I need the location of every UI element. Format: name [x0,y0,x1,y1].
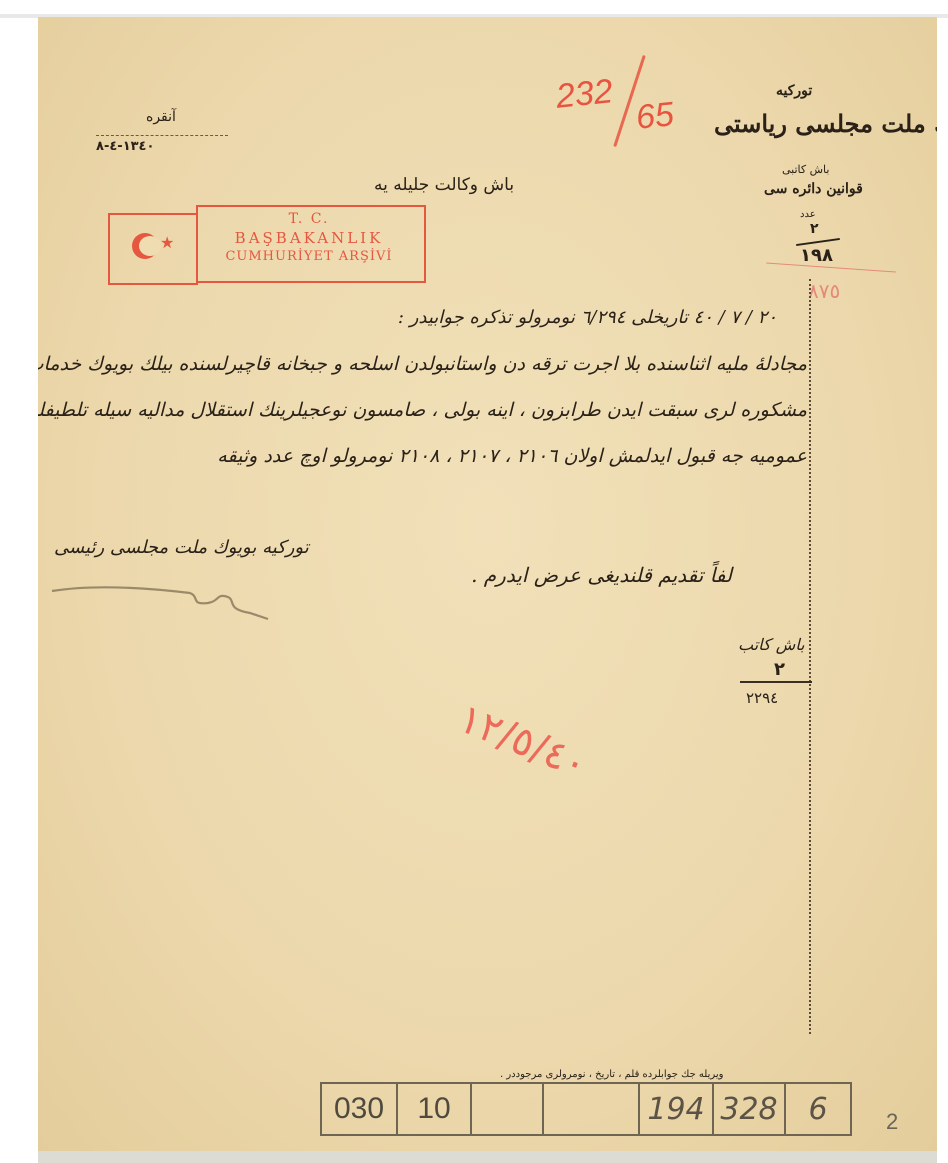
secretary-number: ٢ [774,659,785,680]
filing-cell [544,1084,640,1134]
adad-bottom: ١٩٨ [800,245,833,266]
adad-label: عدد [800,209,816,220]
archive-ref-denominator: 65 [634,95,676,138]
filing-cell: 194 [640,1084,714,1134]
viewer-bottom-shade [38,1151,937,1163]
header-date: ١٣٤٠-٤-٨ [96,139,154,154]
filing-cell: 328 [714,1084,786,1134]
document-page: آنقره ١٣٤٠-٤-٨ 232 65 توركيه بويوك ملت م… [38,17,937,1151]
filing-cell: 030 [322,1084,398,1134]
stamp-line-1: T. C. [196,211,422,227]
place-label: آنقره [146,109,176,125]
filing-cell [472,1084,544,1134]
crescent-cutout [139,236,161,256]
secretary-divider [740,681,812,683]
red-handwritten-date: ١٢/٥/٤٠ [452,696,594,789]
filing-number-box: 030101943286 [320,1082,852,1136]
body-line-2: مشكوره لرى سبقت ايدن طرابزون ، اينه بولى… [38,399,807,421]
stamp-line-2: BAŞBAKANLIK [196,229,422,247]
dotted-margin-line [809,279,811,1034]
date-divider [96,135,228,136]
secretary-label: باش كاتب [738,635,805,654]
closing-line: لفاً تقديم قلنديغى عرض ايدرم . [471,563,732,587]
secretary-bottom-number: ٢٢٩٤ [746,689,778,707]
archive-ref-numerator: 232 [554,72,615,117]
filing-cell: 10 [398,1084,472,1134]
letterhead-title: بويوك ملت مجلسى رياستى [714,109,937,138]
bottom-caption: ويريله جك جوابلرده قلم ، تاريخ ، نومرولر… [500,1069,724,1080]
stamp-line-3: CUMHURİYET ARŞİVİ [196,249,422,264]
body-line-0: ٢٠ / ٧ / ٤٠ تاريخلى ٦/٢٩٤ نومرولو تذكره … [398,307,777,328]
signature [50,583,270,623]
star-icon: ★ [160,233,174,252]
salutation: باش وكالت جليله يه [374,175,514,195]
body-line-1: مجادلۀ مليه اثناسنده بلا اجرت ترقه دن وا… [38,353,807,375]
archive-stamp: ★ T. C. BAŞBAKANLIK CUMHURİYET ARŞİVİ [108,203,426,285]
letterhead-top: توركيه [776,83,812,99]
body-line-3: عموميه جه قبول ايدلمش اولان ٢١٠٦ ، ٢١٠٧ … [217,445,807,467]
letterhead-subtitle-2: قوانين دائره سى [764,181,863,197]
page-number: 2 [886,1109,898,1135]
red-annotation-number: ٨٧٥ [808,279,840,303]
adad-top: ٢ [810,221,819,237]
letterhead-subtitle-1: باش كاتبى [782,163,829,176]
filing-cell: 6 [786,1084,850,1134]
signer-title: توركيه بويوك ملت مجلسى رئيسى [54,537,309,558]
